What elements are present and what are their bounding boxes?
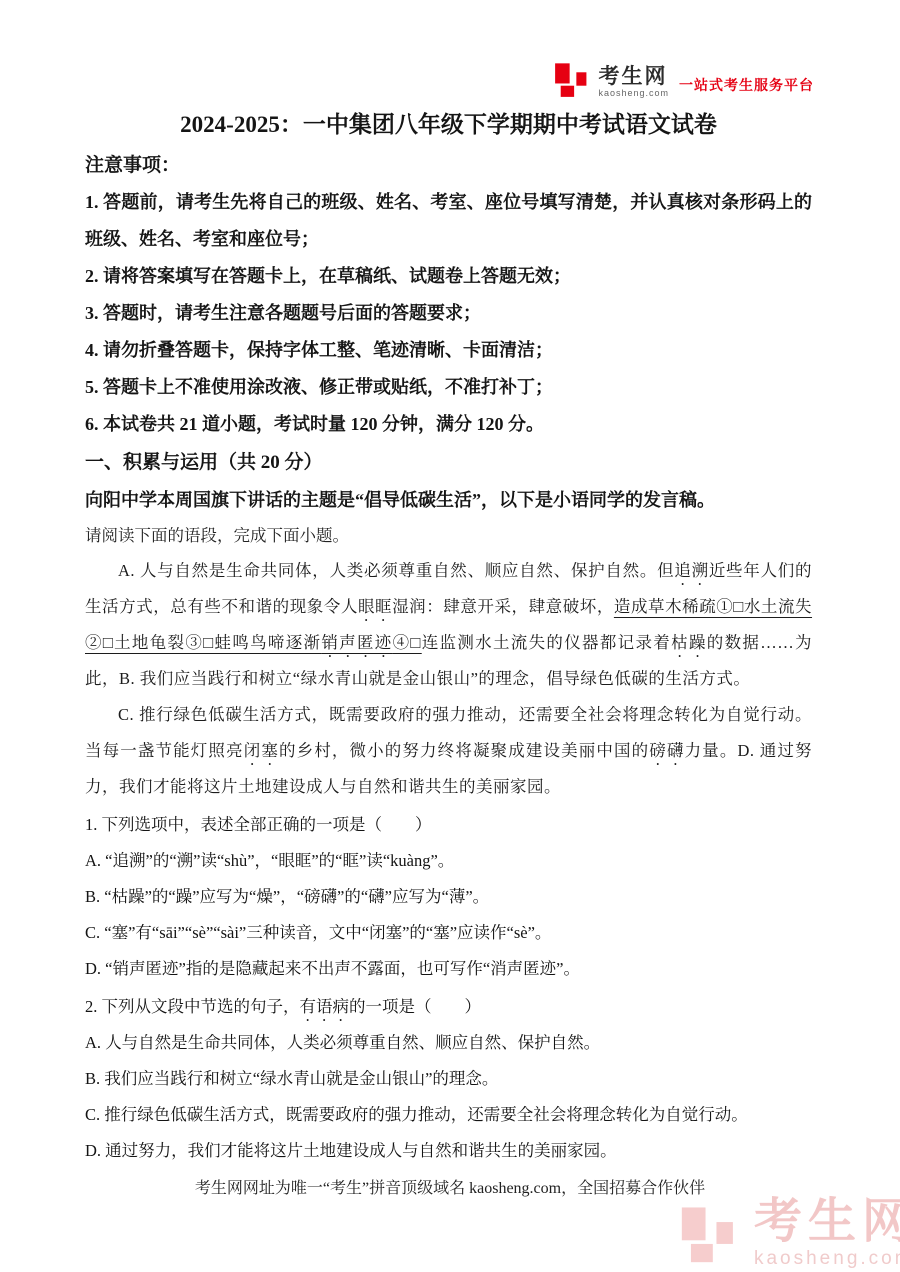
question-1: 1. 下列选项中，表述全部正确的一项是（ ） A. “追溯”的“溯”读“shù”… — [85, 807, 812, 987]
watermark-name: 考生网 — [754, 1198, 900, 1246]
text-segment: 连监测水土流失的仪器都记录着 — [422, 633, 671, 652]
document-content: 2024-2025：一中集团八年级下学期期中考试语文试卷 注意事项： 1. 答题… — [0, 0, 900, 1169]
footer-note: 考生网网址为唯一“考生”拼音顶级域名 kaosheng.com，全国招募合作伙伴 — [0, 1175, 900, 1198]
page-title: 2024-2025：一中集团八年级下学期期中考试语文试卷 — [85, 108, 812, 141]
brand-tagline: 一站式考生服务平台 — [679, 75, 814, 98]
question-2-option-d: D. 通过努力，我们才能将这片土地建设成人与自然和谐共生的美丽家园。 — [85, 1133, 812, 1169]
question-1-stem: 1. 下列选项中，表述全部正确的一项是（ ） — [85, 807, 812, 843]
question-2-option-b: B. 我们应当践行和树立“绿水青山就是金山银山”的理念。 — [85, 1061, 812, 1097]
question-2-option-c: C. 推行绿色低碳生活方式，既需要政府的强力推动，还需要全社会将理念转化为自觉行… — [85, 1097, 812, 1133]
text-segment: 有语病 — [300, 997, 350, 1016]
passage-paragraph-1: A. 人与自然是生命共同体，人类必须尊重自然、顺应自然、保护自然。但追溯近些年人… — [85, 553, 812, 697]
passage-paragraph-2: C. 推行绿色低碳生活方式，既需要政府的强力推动，还需要全社会将理念转化为自觉行… — [85, 697, 812, 805]
text-segment: ④□ — [393, 633, 422, 652]
text-segment: 闭塞 — [244, 741, 279, 760]
notice-block: 注意事项： 1. 答题前，请考生先将自己的班级、姓名、考室、座位号填写清楚，并认… — [85, 147, 812, 443]
question-1-option-c: C. “塞”有“sāi”“sè”“sài”三种读音，文中“闭塞”的“塞”应读作“… — [85, 915, 812, 951]
notice-item-2: 2. 请将答案填写在答题卡上，在草稿纸、试题卷上答题无效； — [85, 258, 812, 295]
brand-domain: kaosheng.com — [598, 89, 669, 98]
section-heading: 一、积累与运用（共 20 分） — [85, 444, 812, 482]
exam-paper-page: 考生网 kaosheng.com 一站式考生服务平台 2024-2025：一中集… — [0, 0, 900, 1272]
notice-item-1: 1. 答题前，请考生先将自己的班级、姓名、考室、座位号填写清楚，并认真核对条形码… — [85, 184, 812, 258]
text-segment: 枯躁 — [671, 633, 707, 652]
question-2-option-a: A. 人与自然是生命共同体，人类必须尊重自然、顺应自然、保护自然。 — [85, 1025, 812, 1061]
question-1-option-a: A. “追溯”的“溯”读“shù”，“眼眶”的“眶”读“kuàng”。 — [85, 843, 812, 879]
text-segment: 的乡村，微小的努力终将凝聚成建设美丽中国的 — [279, 741, 649, 760]
text-segment: 2. 下列从文段中节选的句子， — [85, 997, 300, 1016]
reading-note: 请阅读下面的语段，完成下面小题。 — [85, 518, 812, 553]
text-segment: 湿润：肆意开采，肆意破坏， — [392, 597, 614, 616]
watermark-domain: kaosheng.com — [754, 1249, 900, 1268]
kaosheng-watermark-icon — [680, 1202, 742, 1264]
question-1-option-b: B. “枯躁”的“躁”应写为“燥”，“磅礴”的“礴”应写为“薄”。 — [85, 879, 812, 915]
text-segment: 眼眶 — [358, 597, 392, 616]
text-segment: A. 人与自然是生命共同体，人类必须尊重自然、顺应自然、保护自然。但 — [118, 561, 674, 580]
notice-label: 注意事项： — [85, 147, 812, 184]
watermark-text: 考生网 kaosheng.com — [754, 1198, 900, 1268]
notice-item-3: 3. 答题时，请考生注意各题题号后面的答题要求； — [85, 295, 812, 332]
kaosheng-logo-icon — [554, 60, 592, 98]
brand-text: 考生网 kaosheng.com — [598, 66, 669, 98]
section-intro: 向阳中学本周国旗下讲话的主题是“倡导低碳生活”，以下是小语同学的发言稿。 — [85, 482, 812, 518]
notice-item-5: 5. 答题卡上不准使用涂改液、修正带或贴纸，不准打补丁； — [85, 369, 812, 406]
question-2-stem: 2. 下列从文段中节选的句子，有语病的一项是（ ） — [85, 989, 812, 1025]
question-1-option-d: D. “销声匿迹”指的是隐藏起来不出声不露面，也可写作“消声匿迹”。 — [85, 951, 812, 987]
notice-item-4: 4. 请勿折叠答题卡，保持字体工整、笔迹清晰、卡面清洁； — [85, 332, 812, 369]
brand-logo: 考生网 kaosheng.com 一站式考生服务平台 — [554, 60, 814, 98]
watermark: 考生网 kaosheng.com — [680, 1198, 900, 1268]
text-segment: 1. 下列选项中，表述全部正确的一项是（ ） — [85, 815, 432, 834]
passage: A. 人与自然是生命共同体，人类必须尊重自然、顺应自然、保护自然。但追溯近些年人… — [85, 553, 812, 805]
text-segment: 磅礴 — [649, 741, 684, 760]
text-segment: 销声匿迹 — [321, 633, 392, 652]
brand-name: 考生网 — [598, 66, 669, 87]
notice-item-6: 6. 本试卷共 21 道小题，考试时量 120 分钟，满分 120 分。 — [85, 406, 812, 443]
text-segment: 追溯 — [674, 561, 708, 580]
text-segment: 的一项是（ ） — [349, 997, 481, 1016]
question-2: 2. 下列从文段中节选的句子，有语病的一项是（ ） A. 人与自然是生命共同体，… — [85, 989, 812, 1169]
